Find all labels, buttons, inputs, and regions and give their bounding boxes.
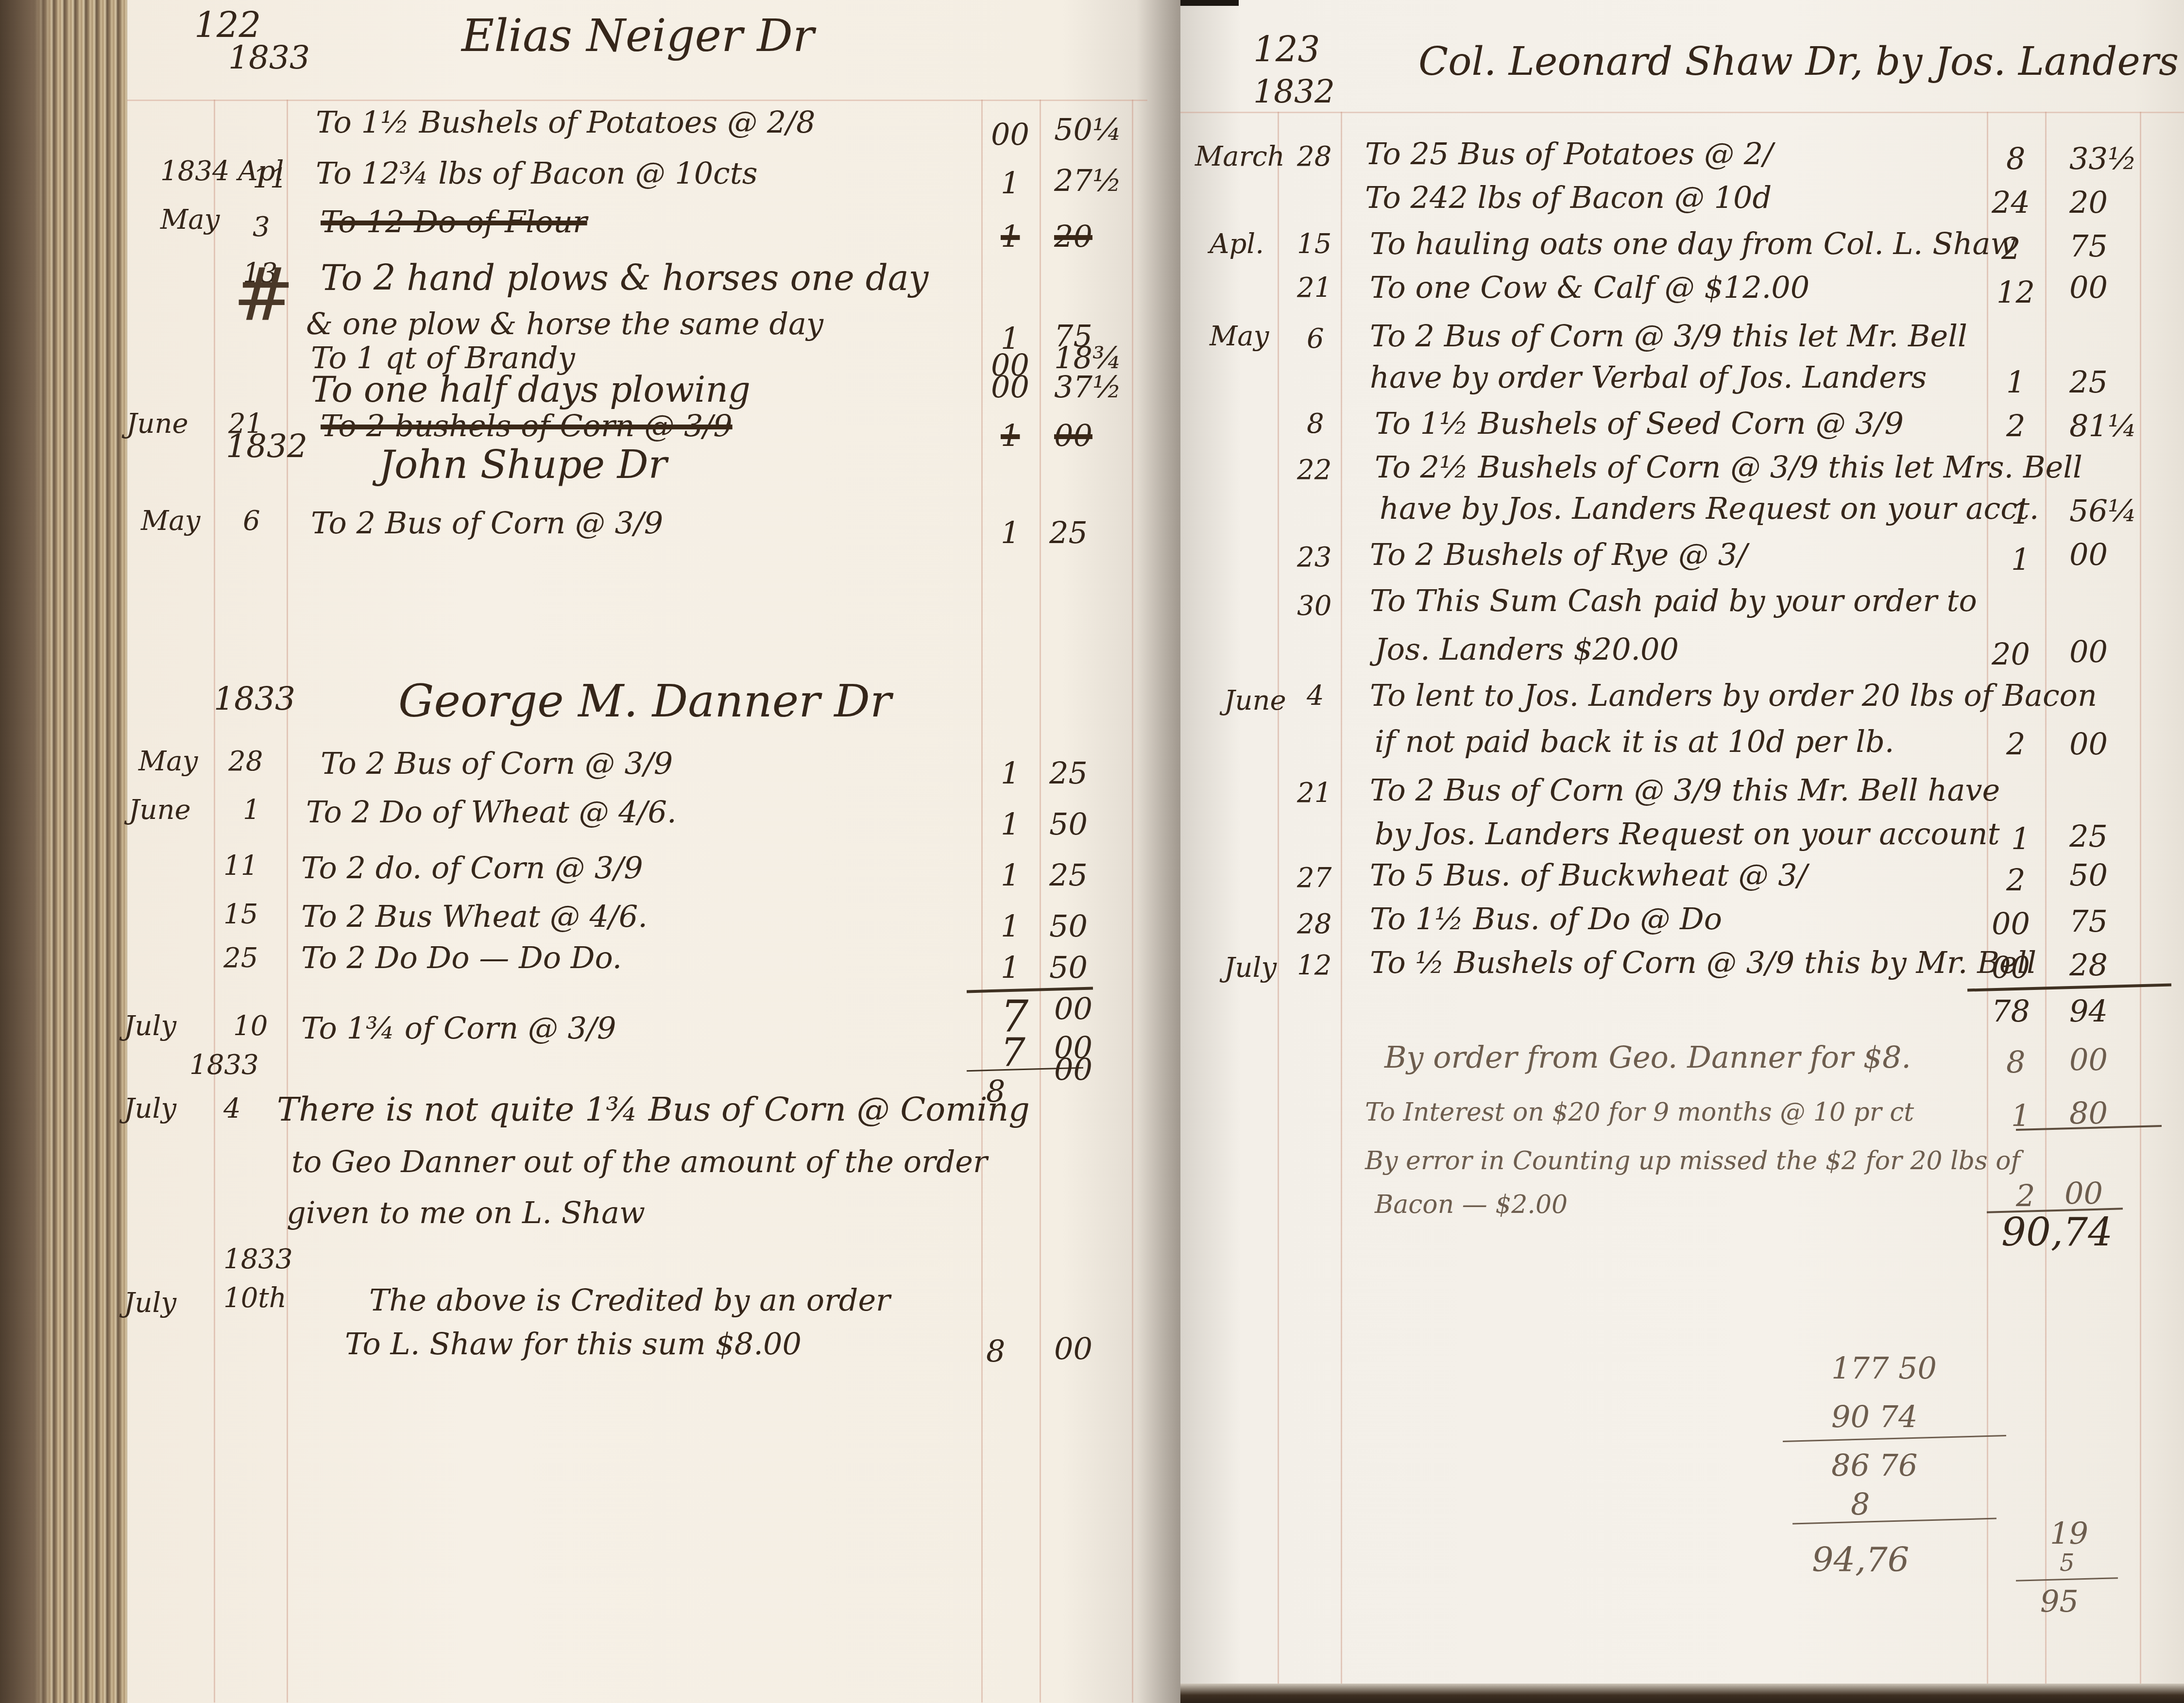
entry-month: May — [160, 204, 220, 236]
subtotal3-cents: 00 — [1054, 1052, 1092, 1087]
scratch-calc-line: 8 — [1851, 1486, 1870, 1522]
scratch-rule — [1792, 1518, 1996, 1525]
entry-dollars: 00 — [991, 369, 1029, 405]
entry-text: To 1½ Bus. of Do @ Do — [1370, 901, 1722, 937]
adjustment-cents: 00 — [2065, 1175, 2103, 1211]
adjustment-cents: 00 — [2069, 1042, 2108, 1077]
entry-text: To 2 Bus Wheat @ 4/6. — [301, 899, 648, 934]
adjustment-dollars: 8 — [2006, 1044, 2025, 1080]
entry-cents: 27½ — [1054, 163, 1122, 198]
cents-column-rule — [2045, 112, 2047, 1690]
subtotal-cents: 00 — [1054, 991, 1092, 1026]
note-line: given to me on L. Shaw — [287, 1195, 645, 1230]
account-year: 1833 — [214, 680, 295, 717]
entry-cents: 00 — [2069, 634, 2108, 669]
note-line: The above is Credited by an order — [369, 1282, 890, 1318]
entry-dollars: 20 — [1992, 636, 2030, 672]
account-year: 1832 — [1253, 73, 1335, 110]
entry-text: To 5 Bus. of Buckwheat @ 3/ — [1370, 857, 1808, 893]
cents-column-rule — [1040, 100, 1041, 1703]
entry-day: 30 — [1297, 590, 1331, 622]
entry-month: June — [129, 794, 191, 826]
adjustment-dollars: 2 — [2016, 1178, 2035, 1213]
entry-text: have by order Verbal of Jos. Landers — [1370, 359, 1927, 395]
entry-dollars: 1 — [2011, 821, 2030, 856]
header-rule — [127, 100, 1147, 101]
struck-entry-text: To 2 bushels of Corn @ 3/9 — [321, 408, 733, 443]
adjustment-text: Bacon — $2.00 — [1375, 1190, 1568, 1219]
account-year: 1833 — [228, 39, 310, 76]
entry-text: if not paid back it is at 10d per lb. — [1375, 724, 1894, 759]
entry-day: 28 — [1297, 141, 1331, 172]
dollars-column-rule — [1987, 112, 1988, 1690]
day-column-rule — [287, 100, 288, 1703]
entry-cents: 50 — [2069, 857, 2108, 893]
entry-text: To 2 do. of Corn @ 3/9 — [301, 850, 643, 886]
margin-calc-line: 19 — [2050, 1516, 2088, 1551]
posting-check-mark: # — [233, 253, 294, 337]
entry-month: July — [124, 1010, 176, 1042]
entry-day: 15 — [223, 899, 258, 930]
entry-dollars: 1 — [1001, 857, 1020, 893]
entry-text: To 1½ Bushels of Seed Corn @ 3/9 — [1375, 406, 1904, 441]
entry-text: To 2 Bus of Corn @ 3/9 — [311, 505, 663, 541]
entry-dollars: 8 — [2006, 141, 2025, 176]
entry-dollars: 00 — [1992, 950, 2030, 985]
entry-text: To 2 Do of Wheat @ 4/6. — [306, 794, 677, 830]
note-dollars: 8 — [986, 1333, 1005, 1369]
entry-cents: 00 — [2069, 270, 2108, 305]
entry-month: Apl. — [1210, 228, 1264, 260]
entry-month: July — [1224, 952, 1277, 984]
struck-entry-text: To 12 Do of Flour — [321, 204, 587, 239]
note-cents: 00 — [1054, 1331, 1092, 1366]
entry-text: To one half days plowing — [311, 369, 751, 410]
entry-dollars: 1 — [1001, 418, 1020, 453]
account-year: 1832 — [226, 427, 307, 465]
entry-cents: 25 — [2069, 364, 2108, 400]
entry-text: To 2 Bus of Corn @ 3/9 — [321, 746, 673, 781]
entry-text: To 12¾ lbs of Bacon @ 10cts — [316, 155, 758, 191]
entry-text: by Jos. Landers Request on your account — [1375, 816, 2000, 851]
entry-dollars: 2 — [2006, 408, 2025, 443]
entry-day: 25 — [223, 942, 258, 974]
adjustment-cents: 80 — [2069, 1095, 2108, 1131]
entry-cents: 33½ — [2069, 141, 2137, 176]
scratch-calc-line: 90 74 — [1831, 1399, 1918, 1434]
dollars-column-rule — [981, 100, 983, 1703]
entry-day: 8 — [1307, 408, 1324, 440]
account-heading: George M. Danner Dr — [398, 675, 891, 727]
entry-dollars: 1 — [1001, 755, 1020, 791]
entry-day: 10 — [233, 1010, 268, 1042]
entry-cents: 37½ — [1054, 369, 1122, 405]
entry-cents: 50 — [1049, 908, 1088, 944]
scratch-rule — [1783, 1435, 2006, 1442]
date-column-rule — [1278, 112, 1279, 1690]
note-day: 4 — [223, 1093, 241, 1124]
entry-dollars: 1 — [2006, 364, 2025, 400]
entry-dollars: 24 — [1992, 185, 2030, 220]
note-month: July — [124, 1093, 176, 1124]
scratch-calc-line: 177 50 — [1831, 1350, 1937, 1386]
note-year: 1833 — [223, 1243, 293, 1275]
entry-text: To one Cow & Calf @ $12.00 — [1370, 270, 1809, 305]
entry-cents: 75 — [2069, 903, 2108, 939]
grand-total: 90,74 — [2001, 1209, 2113, 1255]
entry-dollars: 1 — [1001, 908, 1020, 944]
entry-dollars: 1 — [1001, 950, 1020, 985]
entry-month: March — [1195, 141, 1285, 172]
entry-dollars: 1 — [1001, 165, 1020, 201]
gutter-shadow — [1137, 0, 1180, 1703]
entry-day: 28 — [1297, 908, 1331, 940]
entry-month: June — [1224, 685, 1286, 716]
entry-text: To 1¾ of Corn @ 3/9 — [301, 1010, 616, 1046]
right-margin-rule — [1132, 100, 1133, 1703]
entry-text: Jos. Landers $20.00 — [1375, 631, 1679, 667]
entry-dollars: 2 — [2006, 862, 2025, 898]
entry-text: To 242 lbs of Bacon @ 10d — [1365, 180, 1772, 215]
note-line: There is not quite 1¾ Bus of Corn @ Comi… — [277, 1090, 1030, 1129]
note-month: July — [124, 1287, 176, 1319]
adjustment-text: By error in Counting up missed the $2 fo… — [1365, 1146, 2020, 1175]
entry-text: To ½ Bushels of Corn @ 3/9 this by Mr. B… — [1370, 945, 2036, 980]
entry-dollars: 00 — [991, 117, 1029, 152]
note-line: To L. Shaw for this sum $8.00 — [345, 1326, 802, 1362]
entry-text: To 1½ Bushels of Potatoes @ 2/8 — [316, 104, 815, 140]
margin-calc-line: 95 — [2040, 1584, 2079, 1619]
date-column-rule — [214, 100, 215, 1703]
subtotal-cents: 94 — [2069, 993, 2108, 1029]
entry-cents: 28 — [2069, 947, 2108, 983]
entry-cents: 56¼ — [2069, 493, 2137, 528]
entry-dollars: 1 — [1001, 219, 1020, 254]
entry-cents: 75 — [2069, 228, 2108, 264]
note-line: to Geo Danner out of the amount of the o… — [291, 1144, 988, 1179]
entry-month: May — [141, 505, 200, 537]
entry-text: To lent to Jos. Landers by order 20 lbs … — [1370, 678, 2097, 713]
note-year: 1833 — [189, 1049, 259, 1081]
account-heading: Elias Neiger Dr — [461, 10, 814, 62]
entry-text: To 25 Bus of Potatoes @ 2/ — [1365, 136, 1773, 171]
entry-month: May — [1210, 321, 1269, 352]
entry-cents: 00 — [1054, 418, 1092, 453]
entry-text: To 2 hand plows & horses one day — [321, 257, 928, 298]
entry-day: 3 — [253, 211, 270, 243]
entry-day: 22 — [1297, 454, 1331, 486]
entry-text: & one plow & horse the same day — [306, 306, 823, 341]
entry-cents: 25 — [1049, 515, 1088, 550]
header-rule — [1180, 112, 2184, 113]
entry-day: 11 — [223, 850, 258, 882]
note-day: 10th — [223, 1282, 287, 1314]
entry-text: have by Jos. Landers Request on your acc… — [1380, 491, 2039, 526]
entry-day: 6 — [1307, 323, 1324, 355]
entry-dollars: 1 — [1001, 515, 1020, 550]
margin-rule — [2016, 1577, 2118, 1581]
entry-cents: 25 — [1049, 857, 1088, 893]
subtotal-dollars: 78 — [1992, 993, 2030, 1029]
right-ledger-page: 123 Col. Leonard Shaw Dr, by Jos. Lander… — [1180, 0, 2184, 1703]
entry-cents: 25 — [2069, 818, 2108, 854]
account-heading: John Shupe Dr — [379, 442, 667, 487]
entry-day: 12 — [1297, 950, 1331, 981]
day-column-rule — [1341, 112, 1342, 1690]
entry-dollars: 2 — [2006, 726, 2025, 762]
adjustment-dollars: 1 — [2011, 1098, 2030, 1133]
entry-cents: 50 — [1049, 806, 1088, 842]
entry-day: 6 — [243, 505, 260, 537]
entry-cents: 81¼ — [2069, 408, 2137, 443]
entry-dollars: 2 — [2001, 231, 2020, 266]
entry-text: To 2½ Bushels of Corn @ 3/9 this let Mrs… — [1375, 449, 2082, 485]
entry-dollars: 1 — [1001, 806, 1020, 842]
entry-cents: 25 — [1049, 755, 1088, 791]
entry-dollars: 12 — [1996, 274, 2035, 310]
entry-dollars: 00 — [1992, 906, 2030, 941]
entry-day: 1 — [243, 794, 260, 826]
entry-cents: 00 — [2069, 537, 2108, 572]
entry-dollars: 1 — [2011, 542, 2030, 577]
scratch-calc-line: 86 76 — [1831, 1448, 1918, 1483]
adjustment-text: To Interest on $20 for 9 months @ 10 pr … — [1365, 1098, 1914, 1127]
entry-dollars: 1 — [2011, 495, 2030, 531]
entry-month: May — [138, 746, 198, 777]
entry-text: To 2 Bus of Corn @ 3/9 this Mr. Bell hav… — [1370, 772, 2000, 808]
book-page-edges — [0, 0, 127, 1703]
entry-text: To 2 Bus of Corn @ 3/9 this let Mr. Bell — [1370, 318, 1967, 354]
torn-page-bottom — [1180, 1684, 2184, 1703]
account-heading: Col. Leonard Shaw Dr, by Jos. Landers — [1418, 39, 2179, 84]
page-number: 123 — [1253, 29, 1320, 70]
left-ledger-page: 122 Elias Neiger Dr 1833 To 1½ Bushels o… — [0, 0, 1180, 1703]
scan-corner — [1180, 0, 1239, 6]
adjustment-text: By order from Geo. Danner for $8. — [1384, 1039, 1911, 1075]
entry-cents: 50¼ — [1054, 112, 1122, 147]
entry-day: 15 — [1297, 228, 1331, 260]
entry-day: 21 — [1297, 272, 1331, 304]
scratch-calc-line: 94,76 — [1812, 1540, 1909, 1580]
entry-day: 28 — [228, 746, 263, 777]
entry-day: 27 — [1297, 862, 1331, 894]
entry-text: To This Sum Cash paid by your order to — [1370, 583, 1977, 618]
entry-text: To 2 Do Do — Do Do. — [301, 940, 622, 975]
entry-day: 11 — [253, 163, 287, 194]
entry-text: To hauling oats one day from Col. L. Sha… — [1370, 226, 2016, 261]
entry-month: June — [126, 408, 188, 440]
right-margin-rule — [2140, 112, 2141, 1690]
entry-cents: 00 — [2069, 726, 2108, 762]
margin-calc-line: 5 — [2060, 1550, 2075, 1577]
entry-cents: 20 — [2069, 185, 2108, 220]
entry-day: 4 — [1307, 680, 1324, 712]
entry-cents: 20 — [1054, 219, 1092, 254]
entry-day: 21 — [1297, 777, 1331, 809]
entry-cents: 50 — [1049, 950, 1088, 985]
entry-text: To 2 Bushels of Rye @ 3/ — [1370, 537, 1747, 572]
entry-day: 23 — [1297, 542, 1331, 573]
subtotal2-dollars: 7 — [1001, 1030, 1025, 1075]
